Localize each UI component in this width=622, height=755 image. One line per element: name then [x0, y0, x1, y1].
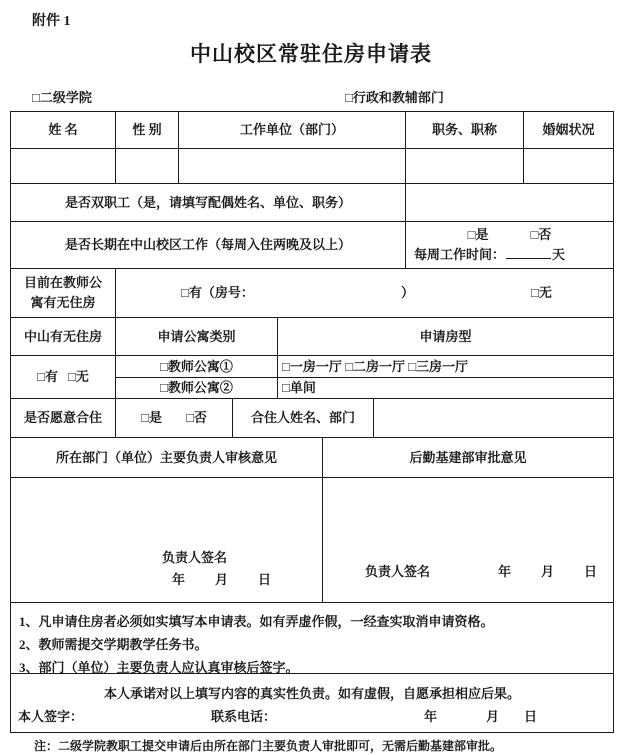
dual-employee-label: 是否双职工（是，请填写配偶姓名、单位、职务） [11, 184, 406, 222]
date-month-label: 月 [215, 572, 228, 587]
apartment-category-header: 申请公寓类别 [116, 318, 278, 356]
dept-sign-label: 负责人签名 [162, 548, 227, 568]
checkbox-no-housing: □无 [68, 367, 89, 387]
date-year-label: 年 [172, 572, 185, 587]
dept-sign-date-row: 年月日 [172, 570, 271, 590]
date-month-label: 月 [486, 707, 499, 727]
header-work-unit: 工作单位（部门） [179, 112, 406, 149]
cohabit-label: 是否愿意合住 [11, 399, 116, 438]
footnote: 注：二级学院教职工提交申请后由所在部门主要负责人审批即可，无需后勤基建部审批。 [34, 737, 502, 754]
weekly-time-label: 每周工作时间： [414, 247, 505, 262]
header-marital-status: 婚姻状况 [524, 112, 613, 149]
teacher-apartment-label: 目前在教师公寓有无住房 [11, 269, 116, 318]
checkbox-yes: □是 [468, 225, 489, 245]
cohabit-partner-label: 合住人姓名、部门 [233, 399, 374, 438]
checkbox-has-housing: □有 [37, 367, 58, 387]
logistics-sign-row: 负责人签名年月日 [365, 562, 597, 582]
weekly-time-unit: 天 [552, 247, 565, 262]
date-year-label: 年 [498, 564, 511, 579]
header-position-title: 职务、职称 [406, 112, 524, 149]
note-item-1: 1、凡申请住房者必须如实填写本申请表。如有弄虚作假，一经查实取消申请资格。 [19, 610, 494, 633]
applicant-signature-label: 本人签字： [18, 707, 83, 727]
date-day-label: 日 [584, 564, 597, 579]
pledge-signature-row: 本人签字： 联系电话： 年 月 日 [11, 707, 613, 731]
logistics-review-signature-area: 负责人签名年月日 [323, 478, 613, 603]
pledge-section: 本人承诺对以上填写内容的真实性负责。如有虚假，自愿承担相应后果。 本人签字： 联… [11, 674, 613, 732]
long-term-answer-cell: □是 □否 每周工作时间：天 [406, 222, 613, 269]
room-type-options-row2: □单间 [278, 378, 613, 399]
checkbox-teacher-apartment-1: □教师公寓① [116, 356, 278, 378]
zhongshan-has-none-cell: □有 □无 [11, 356, 116, 399]
cohabit-yes-no-cell: □是 □否 [116, 399, 233, 438]
work-unit-entry-cell [179, 149, 406, 184]
room-type-header: 申请房型 [278, 318, 613, 356]
logistics-review-header: 后勤基建部审批意见 [323, 438, 613, 478]
application-form-table: 姓 名 性 别 工作单位（部门） 职务、职称 婚姻状况 是否双职工（是，请填写配… [10, 111, 614, 733]
weekly-hours-blank [506, 245, 551, 259]
teacher-apartment-answer-cell: □有（房号： ） □无 [116, 269, 613, 318]
room-number-close-paren: ） [401, 283, 414, 303]
page-title: 中山校区常驻住房申请表 [0, 38, 622, 68]
dual-employee-entry-cell [406, 184, 613, 222]
checkbox-has-room: □有（房号： [181, 283, 254, 303]
position-entry-cell [406, 149, 524, 184]
date-day-label: 日 [258, 572, 271, 587]
checkbox-cohabit-no: □否 [186, 408, 207, 428]
dept-review-signature-area: 负责人签名 年月日 [11, 478, 323, 603]
zhongshan-housing-label: 中山有无住房 [11, 318, 116, 356]
date-month-label: 月 [541, 564, 554, 579]
weekly-time-row: 每周工作时间：天 [406, 245, 613, 265]
checkbox-option-admin-dept: □行政和教辅部门 [345, 87, 444, 106]
attachment-label: 附件 1 [32, 10, 71, 30]
header-gender: 性 别 [116, 112, 179, 149]
contact-phone-label: 联系电话： [211, 707, 276, 727]
application-form-document: 附件 1 中山校区常驻住房申请表 □二级学院 □行政和教辅部门 姓 名 性 别 … [0, 0, 622, 755]
gender-entry-cell [116, 149, 179, 184]
checkbox-option-secondary-college: □二级学院 [32, 87, 92, 106]
checkbox-cohabit-yes: □是 [141, 408, 162, 428]
dept-review-header: 所在部门（单位）主要负责人审核意见 [11, 438, 323, 478]
notes-section: 1、凡申请住房者必须如实填写本申请表。如有弄虚作假，一经查实取消申请资格。 2、… [11, 603, 613, 674]
logistics-sign-label: 负责人签名 [365, 564, 430, 579]
date-year-label: 年 [424, 707, 437, 727]
note-item-2: 2、教师需提交学期教学任务书。 [19, 633, 208, 656]
header-name: 姓 名 [11, 112, 116, 149]
long-term-label: 是否长期在中山校区工作（每周入住两晚及以上） [11, 222, 406, 269]
long-term-yes-no-row: □是 □否 [406, 225, 613, 245]
cohabit-partner-entry-cell [374, 399, 613, 438]
checkbox-no: □否 [531, 225, 552, 245]
checkbox-no-room: □无 [531, 283, 552, 303]
date-day-label: 日 [524, 707, 537, 727]
marital-entry-cell [524, 149, 613, 184]
name-entry-cell [11, 149, 116, 184]
room-type-options-row1: □一房一厅 □二房一厅 □三房一厅 [278, 356, 613, 378]
pledge-statement: 本人承诺对以上填写内容的真实性负责。如有虚假，自愿承担相应后果。 [104, 684, 520, 704]
checkbox-teacher-apartment-2: □教师公寓② [116, 378, 278, 399]
